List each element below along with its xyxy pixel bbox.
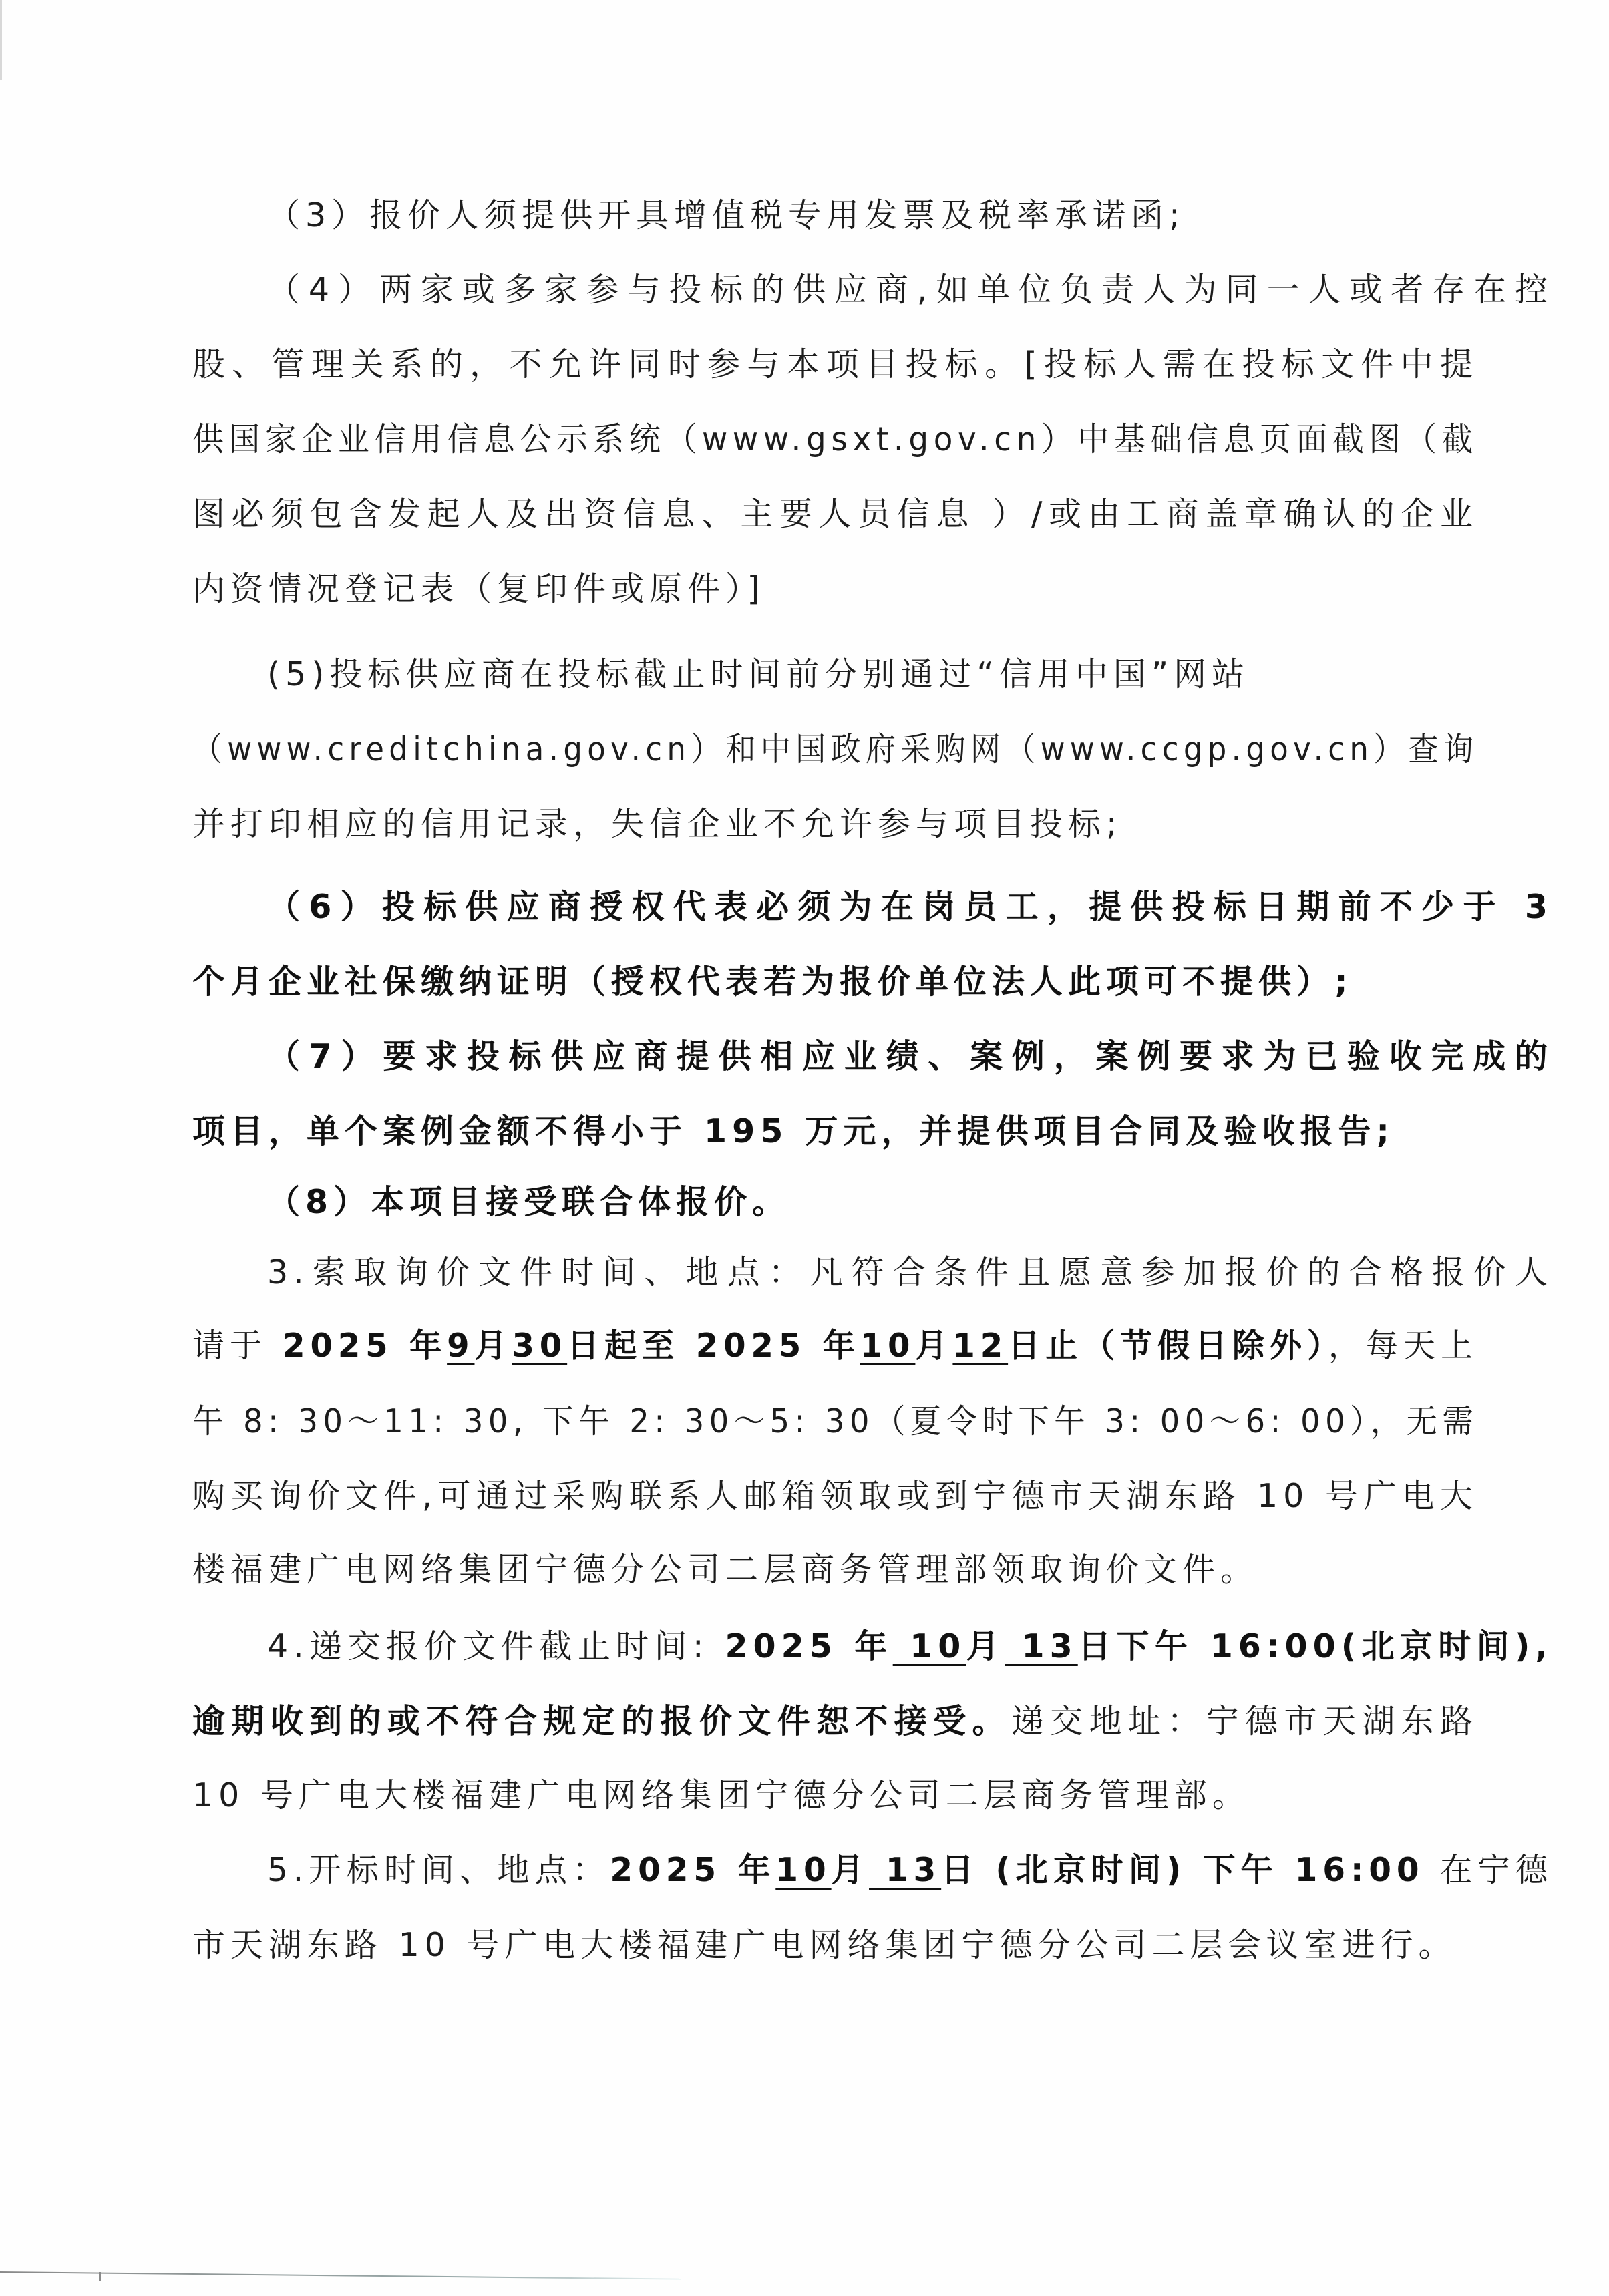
- text-run: 购买询价文件,可通过采购联系人邮箱领取或到宁德市天湖东路 10 号广电大: [192, 1477, 1478, 1515]
- text-run: (5)投标供应商在投标截止时间前分别通过“信用中国”网站: [267, 655, 1250, 693]
- text-line: （7）要求投标供应商提供相应业绩、案例，案例要求为已验收完成的: [267, 1027, 1553, 1087]
- text-run: 市天湖东路 10 号广电大楼福建广电网络集团宁德分公司二层会议室进行。: [192, 1926, 1457, 1964]
- text-line: 请于 2025 年9月30日起至 2025 年10月12日止（节假日除外），每天…: [192, 1316, 1478, 1376]
- underlined-date-value: 13: [869, 1851, 941, 1889]
- text-line: 4.递交报价文件截止时间: 2025 年 10月 13日下午 16:00(北京时…: [267, 1617, 1553, 1677]
- text-run: （3）报价人须提供开具增值税专用发票及税率承诺函;: [267, 196, 1186, 234]
- scan-line-artifact: [0, 2271, 681, 2280]
- text-line: 个月企业社保缴纳证明（授权代表若为报价单位法人此项可不提供）;: [192, 952, 1478, 1012]
- text-line: 购买询价文件,可通过采购联系人邮箱领取或到宁德市天湖东路 10 号广电大: [192, 1466, 1478, 1526]
- underlined-date-value: 10: [893, 1627, 966, 1665]
- text-run: （www.creditchina.gov.cn）和中国政府采购网（www.ccg…: [192, 730, 1478, 768]
- emphasized-text: 日 (北京时间) 下午 16:00: [941, 1851, 1424, 1889]
- emphasized-text: 个月企业社保缴纳证明（授权代表若为报价单位法人此项可不提供）;: [192, 963, 1353, 1001]
- text-run: ，每天上: [1328, 1327, 1478, 1365]
- underlined-date-value: 12: [952, 1327, 1008, 1365]
- text-line: 5.开标时间、地点：2025 年10月 13日 (北京时间) 下午 16:00 …: [267, 1840, 1553, 1901]
- text-run: 供国家企业信用信息公示系统（www.gsxt.gov.cn）中基础信息页面截图（…: [192, 420, 1478, 458]
- scan-edge-artifact: [0, 0, 2, 80]
- text-line: 并打印相应的信用记录，失信企业不允许参与项目投标;: [192, 794, 1478, 854]
- emphasized-text: 2025 年: [283, 1327, 447, 1365]
- emphasized-text: 2025 年: [610, 1851, 775, 1889]
- text-line: （6）投标供应商授权代表必须为在岗员工，提供投标日期前不少于 3: [267, 877, 1553, 937]
- underlined-date-value: 10: [860, 1327, 916, 1365]
- text-run: 10 号广电大楼福建广电网络集团宁德分公司二层商务管理部。: [192, 1776, 1250, 1814]
- text-run: 内资情况登记表（复印件或原件）]: [192, 570, 765, 608]
- scan-tick-artifact: [99, 2272, 101, 2281]
- text-run: 图必须包含发起人及出资信息、主要人员信息 ）/或由工商盖章确认的企业: [192, 495, 1478, 533]
- text-line: 3.索取询价文件时间、地点：凡符合条件且愿意参加报价的合格报价人: [267, 1243, 1553, 1303]
- text-line: 市天湖东路 10 号广电大楼福建广电网络集团宁德分公司二层会议室进行。: [192, 1915, 1478, 1975]
- text-line: 内资情况登记表（复印件或原件）]: [192, 559, 1478, 619]
- text-run: （4）两家或多家参与投标的供应商,如单位负责人为同一人或者存在控: [267, 271, 1553, 309]
- text-line: 午 8: 30～11: 30, 下午 2: 30～5: 30（夏令时下午 3: …: [192, 1391, 1478, 1452]
- text-line: 供国家企业信用信息公示系统（www.gsxt.gov.cn）中基础信息页面截图（…: [192, 409, 1478, 470]
- emphasized-text: 月: [915, 1327, 952, 1365]
- emphasized-text: （7）要求投标供应商提供相应业绩、案例，案例要求为已验收完成的: [267, 1037, 1553, 1076]
- emphasized-text: 日下午 16:00(北京时间),: [1078, 1627, 1553, 1665]
- underlined-date-value: 10: [775, 1851, 831, 1889]
- text-run: 5.开标时间、地点：: [267, 1851, 610, 1889]
- text-line: （8）本项目接受联合体报价。: [267, 1172, 1553, 1233]
- text-line: 股、管理关系的，不允许同时参与本项目投标。[投标人需在投标文件中提: [192, 335, 1478, 395]
- text-run: 股、管理关系的，不允许同时参与本项目投标。[投标人需在投标文件中提: [192, 345, 1478, 383]
- emphasized-text: 项目，单个案例金额不得小于 195 万元，并提供项目合同及验收报告;: [192, 1112, 1395, 1150]
- emphasized-text: （6）投标供应商授权代表必须为在岗员工，提供投标日期前不少于 3: [267, 888, 1553, 926]
- text-line: 图必须包含发起人及出资信息、主要人员信息 ）/或由工商盖章确认的企业: [192, 484, 1478, 544]
- emphasized-text: 逾期收到的或不符合规定的报价文件恕不接受。: [192, 1702, 1011, 1740]
- text-line: 逾期收到的或不符合规定的报价文件恕不接受。递交地址：宁德市天湖东路: [192, 1691, 1478, 1752]
- emphasized-text: 月: [966, 1627, 1005, 1665]
- emphasized-text: 日起至 2025 年: [567, 1327, 860, 1365]
- underlined-date-value: 13: [1005, 1627, 1078, 1665]
- text-run: 并打印相应的信用记录，失信企业不允许参与项目投标;: [192, 805, 1123, 843]
- text-line: (5)投标供应商在投标截止时间前分别通过“信用中国”网站: [267, 645, 1553, 705]
- text-run: 递交地址：宁德市天湖东路: [1011, 1702, 1478, 1740]
- text-line: （3）报价人须提供开具增值税专用发票及税率承诺函;: [267, 186, 1553, 246]
- text-line: 项目，单个案例金额不得小于 195 万元，并提供项目合同及验收报告;: [192, 1102, 1478, 1162]
- underlined-date-value: 9: [447, 1327, 474, 1365]
- emphasized-text: 2025 年: [725, 1627, 892, 1665]
- text-run: 楼福建广电网络集团宁德分公司二层商务管理部领取询价文件。: [192, 1550, 1258, 1589]
- text-run: 请于: [192, 1327, 283, 1365]
- text-run: 3.索取询价文件时间、地点：凡符合条件且愿意参加报价的合格报价人: [267, 1253, 1553, 1291]
- emphasized-text: （8）本项目接受联合体报价。: [267, 1183, 790, 1221]
- emphasized-text: 月: [832, 1851, 869, 1889]
- text-run: 午 8: 30～11: 30, 下午 2: 30～5: 30（夏令时下午 3: …: [192, 1402, 1478, 1440]
- scanned-document-page: （3）报价人须提供开具增值税专用发票及税率承诺函;（4）两家或多家参与投标的供应…: [0, 0, 1609, 2296]
- text-run: 在宁德: [1425, 1851, 1554, 1889]
- emphasized-text: 月: [474, 1327, 512, 1365]
- text-run: 4.递交报价文件截止时间:: [267, 1627, 725, 1665]
- text-line: 楼福建广电网络集团宁德分公司二层商务管理部领取询价文件。: [192, 1540, 1478, 1600]
- emphasized-text: 日止（节假日除外）: [1008, 1327, 1328, 1365]
- text-line: （www.creditchina.gov.cn）和中国政府采购网（www.ccg…: [192, 719, 1478, 780]
- text-line: （4）两家或多家参与投标的供应商,如单位负责人为同一人或者存在控: [267, 260, 1553, 320]
- underlined-date-value: 30: [512, 1327, 567, 1365]
- text-line: 10 号广电大楼福建广电网络集团宁德分公司二层商务管理部。: [192, 1766, 1478, 1826]
